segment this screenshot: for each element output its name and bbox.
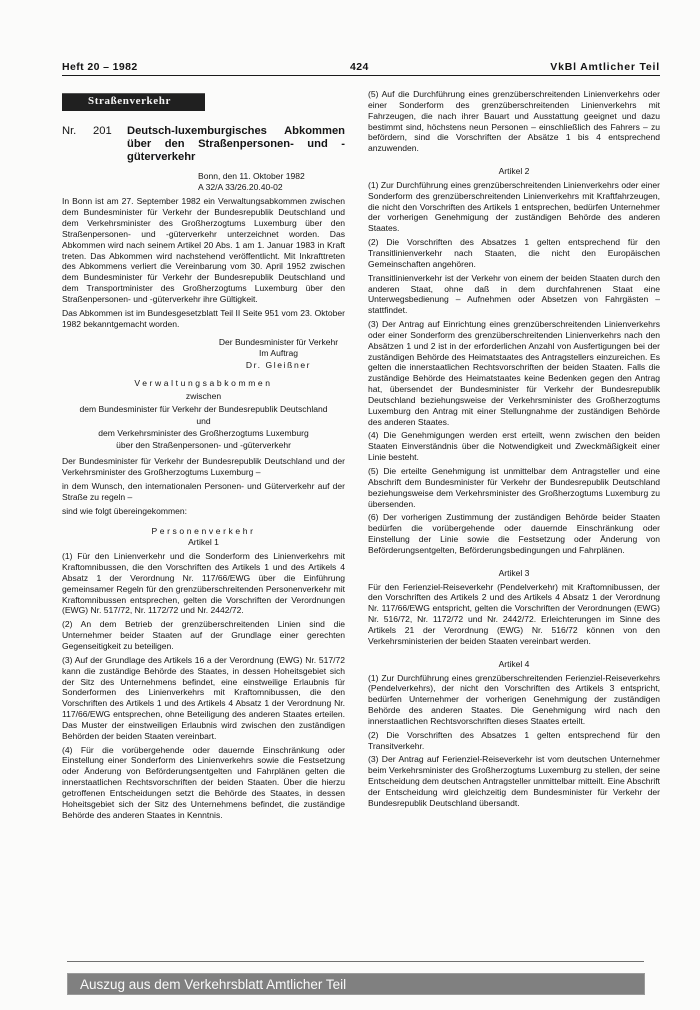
article-heading: Artikel 2 bbox=[368, 166, 660, 177]
agreement-line: dem Bundesminister für Verkehr der Bunde… bbox=[62, 403, 345, 415]
article-heading: Artikel 4 bbox=[368, 659, 660, 670]
article-paragraph: (1) Für den Linienverkehr und die Sonder… bbox=[62, 551, 345, 616]
notice-nr-label: Nr. bbox=[62, 125, 87, 163]
part-title: Personenverkehr bbox=[62, 526, 345, 537]
article-paragraph: (1) Zur Durchführung eines grenzüberschr… bbox=[368, 673, 660, 727]
left-column: Straßenverkehr Nr. 201 Deutsch-luxemburg… bbox=[62, 93, 345, 820]
article-heading: Artikel 3 bbox=[368, 568, 660, 579]
article-paragraph: (5) Die erteilte Genehmigung ist unmitte… bbox=[368, 466, 660, 509]
article-paragraph: (2) Die Vorschriften des Absatzes 1 gelt… bbox=[368, 730, 660, 752]
publication-label: VkBl Amtlicher Teil bbox=[550, 61, 660, 73]
article-paragraph: (4) Für die vorübergehende oder dauernde… bbox=[62, 745, 345, 821]
agreement-line: und bbox=[62, 415, 345, 427]
article-paragraph: (1) Zur Durchführung eines grenzüberschr… bbox=[368, 180, 660, 234]
preamble-paragraph: sind wie folgt übereingekommen: bbox=[62, 506, 345, 517]
article-heading: Artikel 1 bbox=[62, 537, 345, 548]
notice-title-block: Nr. 201 Deutsch-luxemburgisches Abkommen… bbox=[62, 125, 345, 163]
signature-on-behalf: Im Auftrag bbox=[62, 348, 345, 360]
article-paragraph: (3) Der Antrag auf Ferienziel-Reiseverke… bbox=[368, 754, 660, 808]
notice-title: Deutsch-luxemburgisches Abkommen über de… bbox=[127, 125, 345, 163]
agreement-title: Verwaltungsabkommen bbox=[62, 377, 345, 390]
article-paragraph: (4) Die Genehmigungen werden erst erteil… bbox=[368, 430, 660, 463]
article-paragraph: (3) Auf der Grundlage des Artikels 16 a … bbox=[62, 655, 345, 742]
page-number: 424 bbox=[350, 61, 369, 73]
dateline: Bonn, den 11. Oktober 1982 A 32/A 33/26.… bbox=[62, 171, 345, 193]
section-banner: Straßenverkehr bbox=[62, 93, 205, 111]
article-paragraph: Für den Ferienziel-Reiseverkehr (Pendelv… bbox=[368, 582, 660, 647]
date-place: Bonn, den 11. Oktober 1982 bbox=[198, 171, 345, 182]
intro-paragraph: In Bonn ist am 27. September 1982 ein Ve… bbox=[62, 196, 345, 304]
article-paragraph: (2) Die Vorschriften des Absatzes 1 gelt… bbox=[368, 237, 660, 270]
article-paragraph: (3) Der Antrag auf Einrichtung eines gre… bbox=[368, 319, 660, 427]
preamble-paragraph: Der Bundesminister für Verkehr der Bunde… bbox=[62, 456, 345, 478]
footer-divider bbox=[67, 961, 644, 962]
article-paragraph: Transitlinienverkehr ist der Verkehr von… bbox=[368, 273, 660, 316]
article-paragraph: (2) An dem Betrieb der grenzüberschreite… bbox=[62, 619, 345, 652]
agreement-line: zwischen bbox=[62, 390, 345, 402]
signature-authority: Der Bundesminister für Verkehr bbox=[62, 337, 345, 349]
article-paragraph: (6) Der vorherigen Zustimmung der zustän… bbox=[368, 512, 660, 555]
reference-number: A 32/A 33/26.20.40-02 bbox=[198, 182, 345, 193]
article-paragraph: (5) Auf die Durchführung eines grenzüber… bbox=[368, 89, 660, 154]
agreement-line: über den Straßenpersonen- und -güterverk… bbox=[62, 439, 345, 451]
right-column: (5) Auf die Durchführung eines grenzüber… bbox=[368, 82, 660, 809]
signature-name: Dr. Gleißner bbox=[62, 360, 345, 372]
agreement-line: dem Verkehrsminister des Großherzogtums … bbox=[62, 427, 345, 439]
page-header: Heft 20 – 1982 424 VkBl Amtlicher Teil bbox=[62, 60, 660, 76]
notice-number: 201 bbox=[87, 125, 127, 163]
footer-banner: Auszug aus dem Verkehrsblatt Amtlicher T… bbox=[67, 973, 645, 995]
publication-paragraph: Das Abkommen ist im Bundesgesetzblatt Te… bbox=[62, 308, 345, 330]
preamble-paragraph: in dem Wunsch, den internationalen Perso… bbox=[62, 481, 345, 503]
issue-label: Heft 20 – 1982 bbox=[62, 61, 138, 73]
